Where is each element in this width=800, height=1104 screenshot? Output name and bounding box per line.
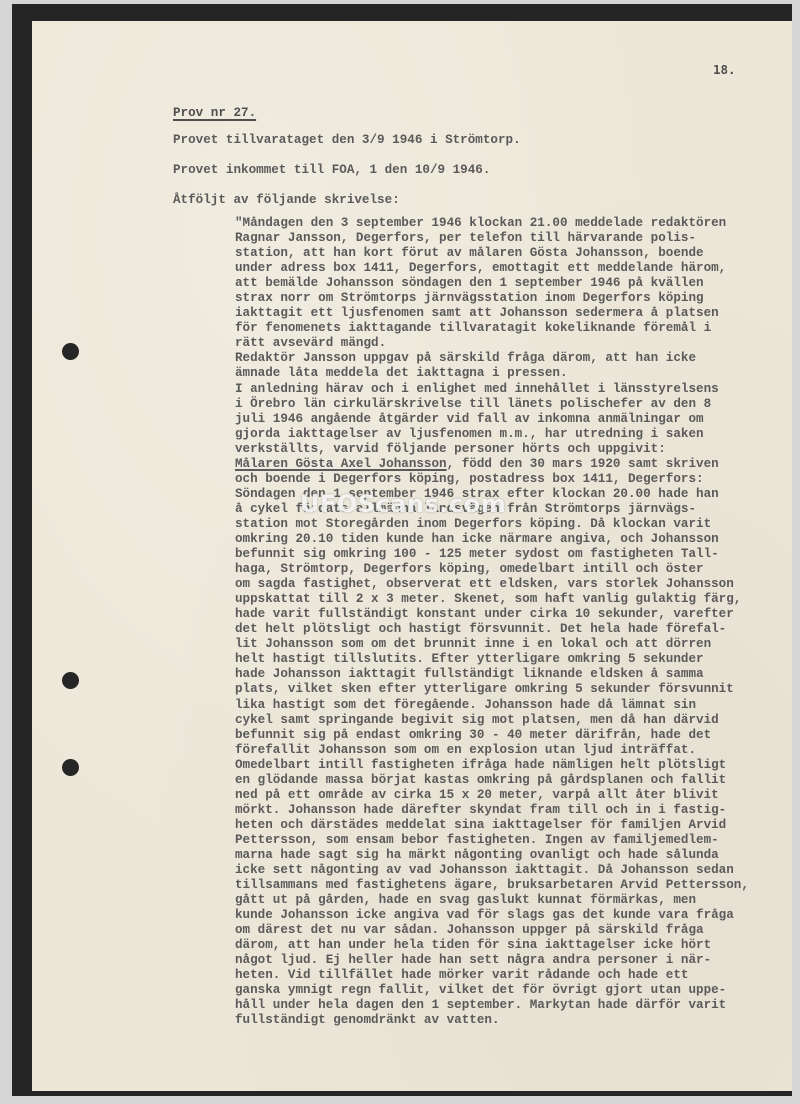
letter-line: heten. Vid tillfället hade mörker varit … [235,968,749,983]
letter-line: mörkt. Johansson hade därefter skyndat f… [235,803,749,818]
letter-line: lit Johansson som om det brunnit inne i … [235,637,749,652]
watermark: UFOScans.com [300,490,506,518]
letter-line: kunde Johansson icke angiva vad för slag… [235,908,749,923]
letter-line: befunnit sig på endast omkring 30 - 40 m… [235,728,749,743]
letter-line: det helt plötsligt och hastigt försvunni… [235,622,749,637]
letter-line: en glödande massa börjat kastas omkring … [235,773,749,788]
letter-line: cykel samt springande begivit sig mot pl… [235,713,749,728]
punch-hole-bottom [62,759,79,776]
letter-line: Omedelbart intill fastigheten ifråga had… [235,758,749,773]
letter-line: tillsammans med fastighetens ägare, bruk… [235,878,749,893]
letter-line: iakttagit ett ljusfenomen samt att Johan… [235,306,749,321]
letter-line: heten och därstädes meddelat sina iaktta… [235,818,749,833]
letter-line: Pettersson, som ensam bebor fastigheten.… [235,833,749,848]
letter-line: plats, vilket sken efter ytterligare omk… [235,682,749,697]
letter-line: verkställts, varvid följande personer hö… [235,442,749,457]
punch-hole-middle [62,672,79,689]
letter-line: ämnade låta meddela det iakttagna i pres… [235,366,749,381]
punch-hole-top [62,343,79,360]
letter-line: omkring 20.10 tiden kunde han icke närma… [235,532,749,547]
letter-line: hade Johansson iakttagit fullständigt li… [235,667,749,682]
letter-line: ned på ett område av cirka 15 x 20 meter… [235,788,749,803]
letter-line: Ragnar Jansson, Degerfors, per telefon t… [235,231,749,246]
letter-line: befunnit sig omkring 100 - 125 meter syd… [235,547,749,562]
letter-line: icke sett någonting av vad Johansson iak… [235,863,749,878]
letter-line: att bemälde Johansson söndagen den 1 sep… [235,276,749,291]
sample-collected-line: Provet tillvarataget den 3/9 1946 i Strö… [173,133,521,147]
letter-line: I anledning härav och i enlighet med inn… [235,382,749,397]
letter-line: och boende i Degerfors köping, postadres… [235,472,749,487]
letter-line: om därest det nu var sådan. Johansson up… [235,923,749,938]
letter-line: något ljud. Ej heller hade han sett någr… [235,953,749,968]
letter-line: ganska ymnigt regn fallit, vilket det fö… [235,983,749,998]
document-title: Prov nr 27. [173,106,256,120]
letter-line: under adress box 1411, Degerfors, emotta… [235,261,749,276]
letter-line: gått ut på gården, hade en svag gaslukt … [235,893,749,908]
letter-line: Målaren Gösta Axel Johansson, född den 3… [235,457,749,472]
letter-line: om sagda fastighet, observerat ett eldsk… [235,577,749,592]
accompanied-by-line: Åtföljt av följande skrivelse: [173,193,400,207]
letter-line: rätt avsevärd mängd. [235,336,749,351]
letter-line: "Måndagen den 3 september 1946 klockan 2… [235,216,749,231]
letter-line: helt hastigt tillslutits. Efter ytterlig… [235,652,749,667]
sample-received-line: Provet inkommet till FOA, 1 den 10/9 194… [173,163,490,177]
letter-line: strax norr om Strömtorps järnvägsstation… [235,291,749,306]
letter-line: station, att han kort förut av målaren G… [235,246,749,261]
underlined-name: Målaren Gösta Axel Johansson [235,457,447,471]
letter-line: därom, att han under hela tiden för sina… [235,938,749,953]
letter-line: hade varit fullständigt konstant under c… [235,607,749,622]
letter-line: fullständigt genomdränkt av vatten. [235,1013,749,1028]
letter-line: lika hastigt som det föregående. Johanss… [235,698,749,713]
letter-line: station mot Storegården inom Degerfors k… [235,517,749,532]
letter-line: juli 1946 angående åtgärder vid fall av … [235,412,749,427]
letter-line: för fenomenets iakttagande tillvaratagit… [235,321,749,336]
letter-line: Redaktör Jansson uppgav på särskild fråg… [235,351,749,366]
letter-body: "Måndagen den 3 september 1946 klockan 2… [235,216,749,1029]
page-number: 18. [713,62,736,77]
letter-line: förefallit Johansson som om en explosion… [235,743,749,758]
letter-line: i Örebro län cirkulärskrivelse till läne… [235,397,749,412]
letter-line: haga, Strömtorp, Degerfors köping, omede… [235,562,749,577]
letter-line: håll under hela dagen den 1 september. M… [235,998,749,1013]
letter-line: gjorda iakttagelser av ljusfenomen m.m.,… [235,427,749,442]
letter-line: marna hade sagt sig ha märkt någonting o… [235,848,749,863]
letter-line: uppskattat till 2 x 3 meter. Skenet, som… [235,592,749,607]
